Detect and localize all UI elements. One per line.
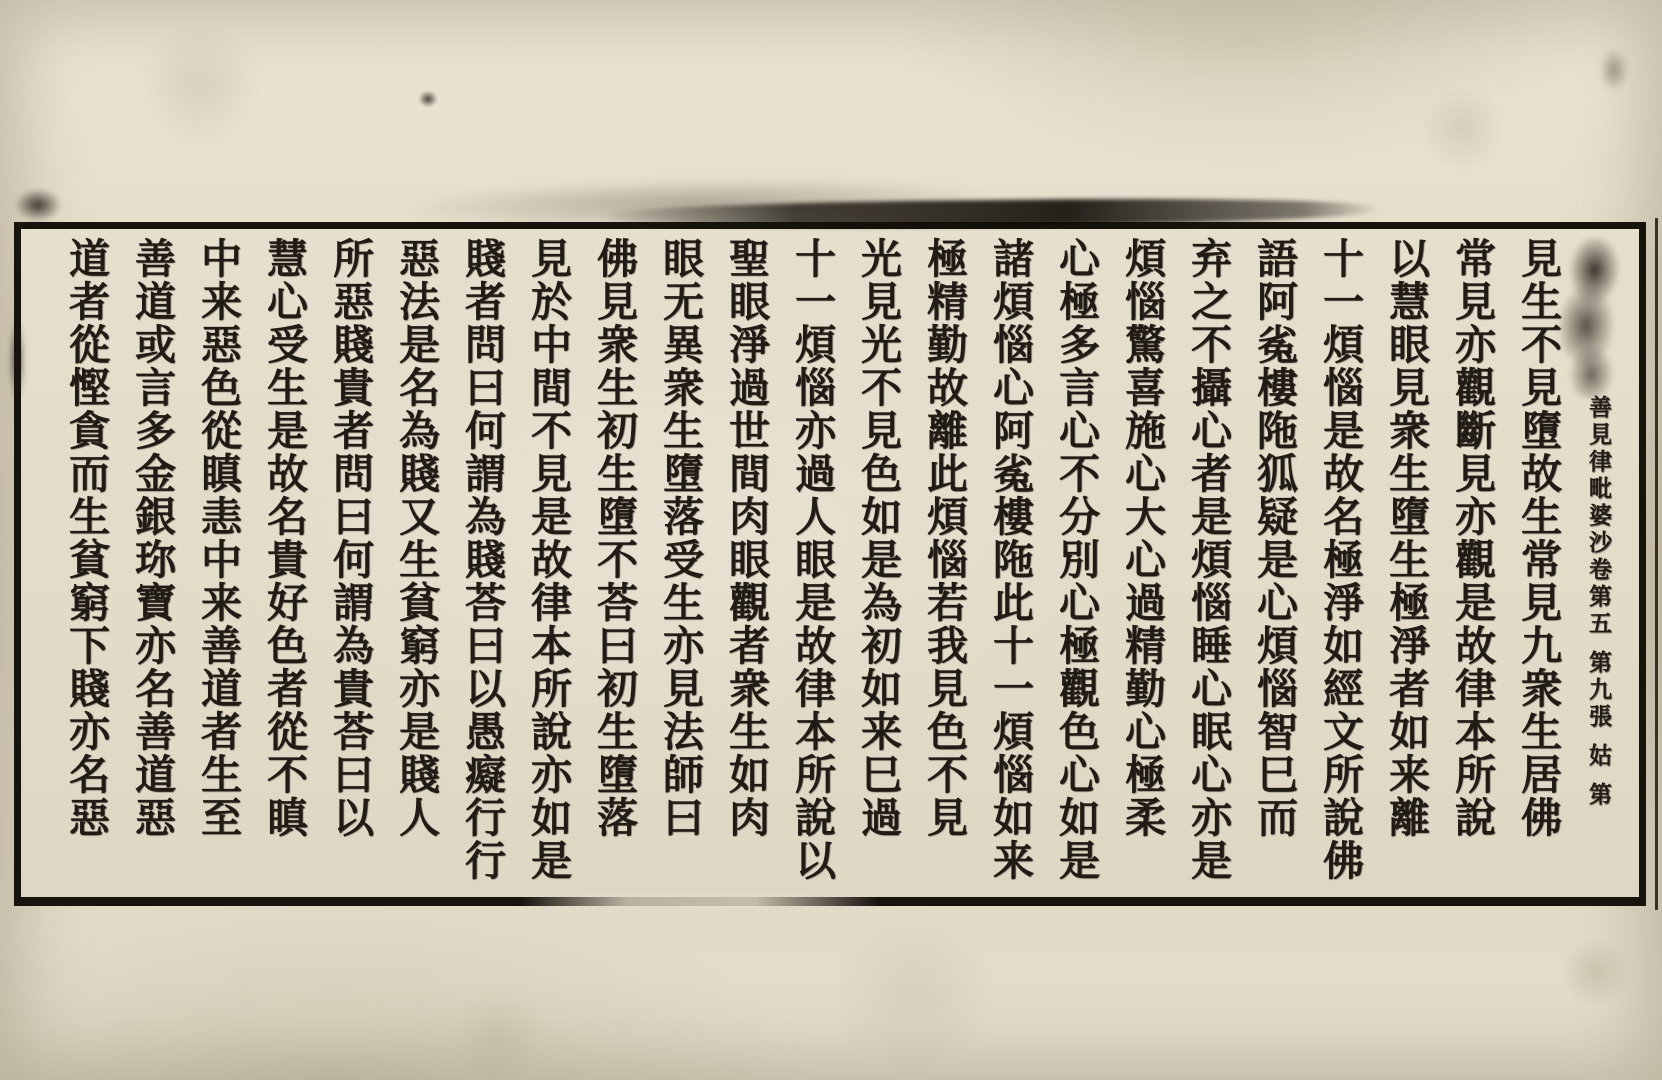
text-column-11: 光見光不見色如是為初如来巳過 bbox=[845, 237, 911, 883]
text-column-23: 道者從慳貪而生貧窮下賤亦名惡 bbox=[53, 237, 119, 883]
text-column-8: 心極多言心不分別心極觀色心如是 bbox=[1043, 237, 1109, 883]
text-column-13: 聖眼淨過世間肉眼觀者衆生如肉 bbox=[713, 237, 779, 883]
text-column-5: 語阿㝹樓陁狐疑是心煩惱智巳而 bbox=[1241, 237, 1307, 883]
text-column-9: 諸煩惱心阿㝹樓陁此十一煩惱如来 bbox=[977, 237, 1043, 883]
volume-title: 善見律毗婆沙卷第五 bbox=[1585, 395, 1611, 638]
text-column-6: 弃之不攝心者是煩惱睡心眠心亦是 bbox=[1175, 237, 1241, 883]
text-column-16: 見於中間不見是故律本所說亦如是 bbox=[515, 237, 581, 883]
text-column-21: 中来惡色從瞋恚中来善道者生至 bbox=[185, 237, 251, 883]
partial-character: 第 bbox=[1585, 782, 1611, 809]
text-column-7: 煩惱驚喜施心大心過精勤心極柔 bbox=[1109, 237, 1175, 883]
text-column-3: 以慧眼見衆生墮生極淨者如来離 bbox=[1373, 237, 1439, 883]
text-column-1: 見生不見墮故生常見九衆生居佛 bbox=[1505, 237, 1571, 883]
sheet-number: 第九張 bbox=[1585, 650, 1611, 731]
text-column-15: 佛見衆生初生墮不荅曰初生墮落 bbox=[581, 237, 647, 883]
right-edge-rule bbox=[1655, 218, 1658, 910]
text-column-2: 常見亦觀斷見亦觀是故律本所說 bbox=[1439, 237, 1505, 883]
text-column-22: 善道或言多金銀珎寶亦名善道惡 bbox=[119, 237, 185, 883]
text-column-10: 極精勤故離此煩惱若我見色不見 bbox=[911, 237, 977, 883]
text-column-19: 所惡賤貴者問曰何謂為貴荅曰以 bbox=[317, 237, 383, 883]
text-block-frame: 善見律毗婆沙卷第五 第九張 姑 第 見生不見墮故生常見九衆生居佛 常見亦觀斷見亦… bbox=[14, 222, 1646, 906]
text-column-12: 十一煩惱亦過人眼是故律本所說以 bbox=[779, 237, 845, 883]
text-column-4: 十一煩惱是故名極淨如經文所說佛 bbox=[1307, 237, 1373, 883]
text-column-20: 慧心受生是故名貴好色者從不瞋 bbox=[251, 237, 317, 883]
volume-title-column: 善見律毗婆沙卷第五 第九張 姑 第 bbox=[1571, 237, 1623, 883]
text-column-14: 眼无異衆生墮落受生亦見法師曰 bbox=[647, 237, 713, 883]
text-column-17: 賤者問曰何謂為賤荅曰以愚癡行行 bbox=[449, 237, 515, 883]
text-column-18: 惡法是名為賤又生貧窮亦是賤人 bbox=[383, 237, 449, 883]
case-marker: 姑 bbox=[1585, 743, 1611, 770]
